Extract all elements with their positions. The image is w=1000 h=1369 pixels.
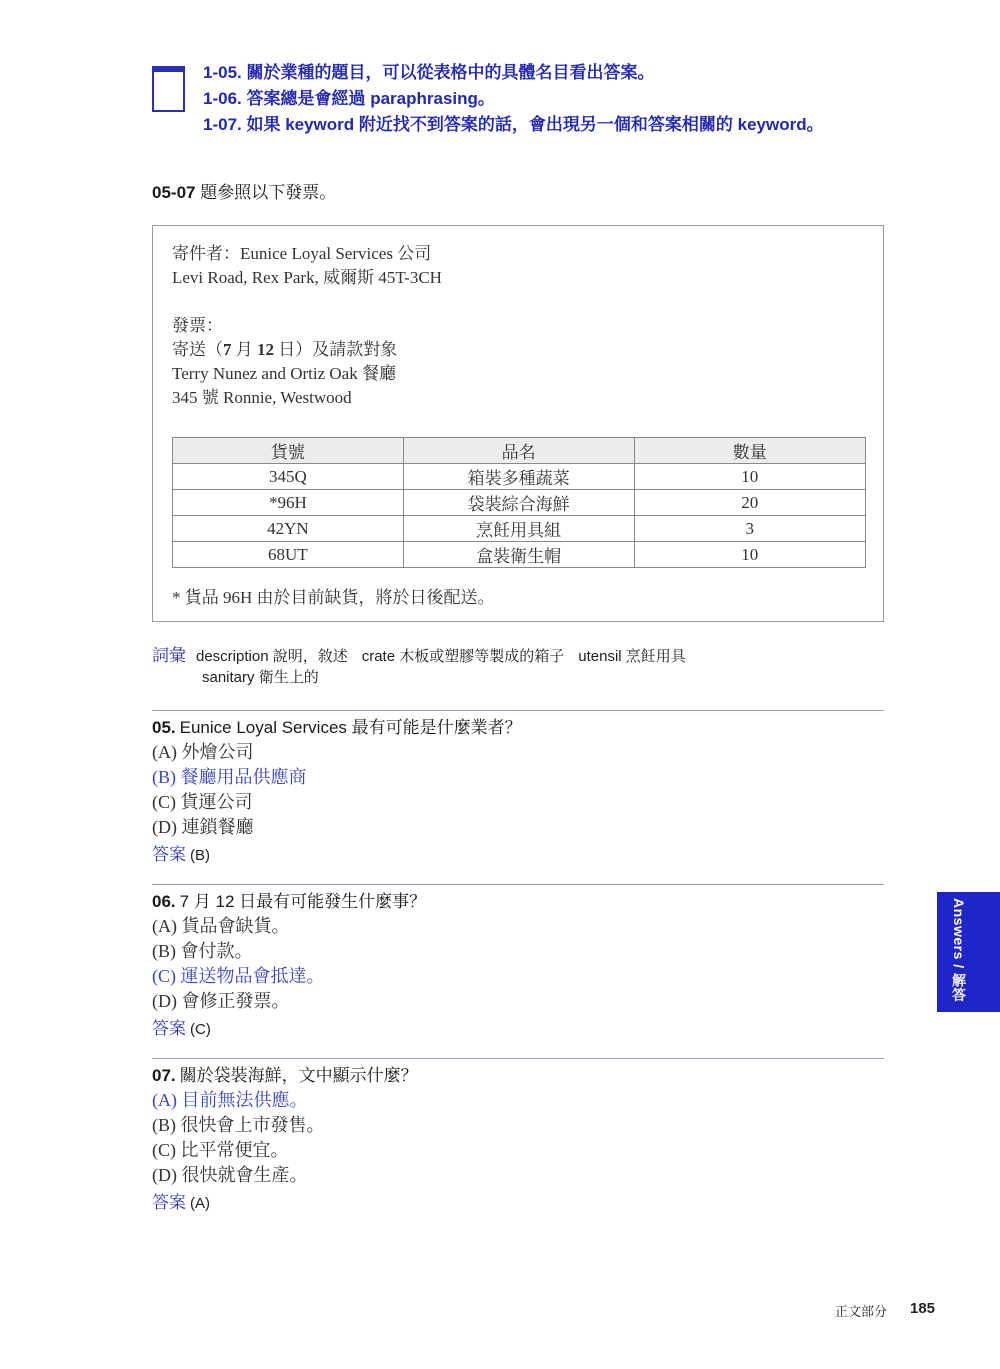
- divider: [152, 710, 884, 711]
- vocab-item: description 說明，敘述: [196, 648, 348, 665]
- option-c-correct: (C) 運送物品會抵達。: [152, 964, 884, 989]
- vocab-row: 詞彙description 說明，敘述crate 木板或塑膠等製成的箱子uten…: [152, 645, 686, 667]
- footer-section-label: 正文部分: [835, 1301, 887, 1320]
- invoice-footnote: * 貨品 96H 由於目前缺貨，將於日後配送。: [172, 583, 495, 608]
- ship-month-unit: 月: [232, 340, 258, 359]
- question-05: 05.Eunice Loyal Services 最有可能是什麼業者？ (A) …: [152, 710, 884, 870]
- question-number: 06.: [152, 892, 176, 911]
- cell-item-name: 箱裝多種蔬菜: [403, 464, 634, 490]
- tip-line: 1-05. 關於業種的題目，可以從表格中的具體名目看出答案。: [203, 60, 923, 86]
- option-c: (C) 貨運公司: [152, 790, 884, 815]
- option-b-correct: (B) 餐廳用品供應商: [152, 765, 884, 790]
- cell-item-name: 袋裝綜合海鮮: [403, 490, 634, 516]
- answer-line: 答案(B): [152, 841, 884, 870]
- page-number: 185: [910, 1300, 935, 1317]
- question-number: 05.: [152, 718, 176, 737]
- section-title-text: 題參照以下發票。: [200, 183, 336, 202]
- option-b: (B) 會付款。: [152, 939, 884, 964]
- section-title: 05-07 題參照以下發票。: [152, 178, 336, 203]
- cell-item-no: *96H: [173, 490, 404, 516]
- invoice-heading: 發票：: [172, 314, 223, 338]
- vocab-row: sanitary 衛生上的: [152, 667, 686, 688]
- option-a-correct: (A) 目前無法供應。: [152, 1088, 884, 1113]
- divider: [152, 1058, 884, 1059]
- vocab-item: utensil 烹飪用具: [578, 648, 686, 665]
- col-header-item-name: 品名: [403, 438, 634, 464]
- answer-line: 答案(A): [152, 1189, 884, 1218]
- invoice-recipient: Terry Nunez and Ortiz Oak 餐廳: [172, 362, 396, 386]
- option-d: (D) 連鎖餐廳: [152, 815, 884, 840]
- ship-prefix: 寄送（: [172, 340, 223, 359]
- tip-line: 1-07. 如果 keyword 附近找不到答案的話，會出現另一個和答案相關的 …: [203, 112, 923, 138]
- question-number: 07.: [152, 1066, 176, 1085]
- question-title: 06.7 月 12 日最有可能發生什麼事？: [152, 890, 884, 914]
- answer-label: 答案: [152, 1019, 186, 1038]
- invoice-box: 寄件者：Eunice Loyal Services 公司 Levi Road, …: [152, 225, 884, 622]
- vocab-item: crate 木板或塑膠等製成的箱子: [362, 648, 565, 665]
- cell-item-no: 42YN: [173, 516, 404, 542]
- vocab-label: 詞彙: [152, 646, 186, 665]
- question-07: 07.關於袋裝海鮮，文中顯示什麼？ (A) 目前無法供應。 (B) 很快會上市發…: [152, 1058, 884, 1218]
- cell-item-no: 68UT: [173, 542, 404, 568]
- question-text: 關於袋裝海鮮，文中顯示什麼？: [180, 1066, 418, 1085]
- question-text: 7 月 12 日最有可能發生什麼事？: [180, 892, 427, 911]
- cell-quantity: 3: [634, 516, 865, 542]
- vocabulary-block: 詞彙description 說明，敘述crate 木板或塑膠等製成的箱子uten…: [152, 645, 686, 688]
- section-range: 05-07: [152, 183, 195, 202]
- cell-quantity: 10: [634, 542, 865, 568]
- cell-item-name: 烹飪用具組: [403, 516, 634, 542]
- option-d: (D) 會修正發票。: [152, 989, 884, 1014]
- question-06: 06.7 月 12 日最有可能發生什麼事？ (A) 貨品會缺貨。 (B) 會付款…: [152, 884, 884, 1044]
- answer-value: (A): [190, 1195, 210, 1212]
- option-c: (C) 比平常便宜。: [152, 1138, 884, 1163]
- answer-value: (B): [190, 847, 210, 864]
- cell-quantity: 20: [634, 490, 865, 516]
- question-title: 05.Eunice Loyal Services 最有可能是什麼業者？: [152, 716, 884, 740]
- answer-line: 答案(C): [152, 1015, 884, 1044]
- invoice-sender: 寄件者：Eunice Loyal Services 公司: [172, 242, 431, 266]
- cell-quantity: 10: [634, 464, 865, 490]
- answers-side-tab: Answers / 解答: [937, 892, 1000, 1012]
- table-row: 68UT 盒裝衛生帽 10: [173, 542, 866, 568]
- table-row: 345Q 箱裝多種蔬菜 10: [173, 464, 866, 490]
- col-header-quantity: 數量: [634, 438, 865, 464]
- answer-value: (C): [190, 1021, 211, 1038]
- question-title: 07.關於袋裝海鮮，文中顯示什麼？: [152, 1064, 884, 1088]
- table-row: *96H 袋裝綜合海鮮 20: [173, 490, 866, 516]
- invoice-ship-line: 寄送（7 月 12 日）及請款對象: [172, 338, 397, 362]
- ship-suffix: 日）及請款對象: [274, 340, 397, 359]
- cell-item-no: 345Q: [173, 464, 404, 490]
- notebook-icon: [152, 66, 185, 112]
- option-a: (A) 外燴公司: [152, 740, 884, 765]
- ship-month: 7: [223, 340, 232, 359]
- ship-day: 12: [257, 340, 274, 359]
- tips-list: 1-05. 關於業種的題目，可以從表格中的具體名目看出答案。 1-06. 答案總…: [203, 60, 923, 138]
- col-header-item-no: 貨號: [173, 438, 404, 464]
- option-d: (D) 很快就會生產。: [152, 1163, 884, 1188]
- vocab-item: sanitary 衛生上的: [202, 669, 319, 686]
- table-row: 42YN 烹飪用具組 3: [173, 516, 866, 542]
- option-b: (B) 很快會上市發售。: [152, 1113, 884, 1138]
- table-header-row: 貨號 品名 數量: [173, 438, 866, 464]
- cell-item-name: 盒裝衛生帽: [403, 542, 634, 568]
- answer-label: 答案: [152, 845, 186, 864]
- divider: [152, 884, 884, 885]
- answer-label: 答案: [152, 1193, 186, 1212]
- option-a: (A) 貨品會缺貨。: [152, 914, 884, 939]
- invoice-recipient-address: 345 號 Ronnie, Westwood: [172, 386, 352, 410]
- question-text: Eunice Loyal Services 最有可能是什麼業者？: [180, 718, 522, 737]
- side-tab-label: Answers / 解答: [949, 898, 969, 1002]
- tip-line: 1-06. 答案總是會經過 paraphrasing。: [203, 86, 923, 112]
- invoice-table: 貨號 品名 數量 345Q 箱裝多種蔬菜 10 *96H 袋裝綜合海鮮 20 4…: [172, 437, 866, 568]
- invoice-sender-address: Levi Road, Rex Park, 威爾斯 45T-3CH: [172, 266, 442, 290]
